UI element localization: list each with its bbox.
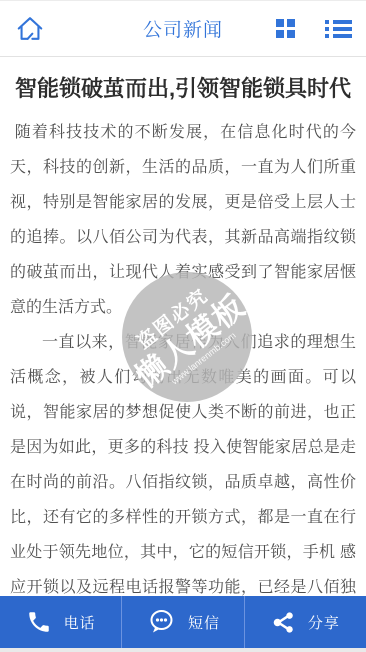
article-paragraph: 一直以来，智能家居作为人们追求的理想生活概念，被人们勾勒出无数唯美的画面。可以说… (10, 325, 356, 640)
sms-button[interactable]: 短信 (121, 596, 243, 648)
phone-button[interactable]: 电话 (0, 596, 121, 648)
grid-icon (276, 19, 295, 38)
home-icon (15, 14, 45, 43)
sms-label: 短信 (188, 612, 220, 633)
article-body: 随着科技技术的不断发展，在信息化时代的今天，科技的创新，生活的品质，一直为人们所… (0, 115, 366, 640)
article-paragraph: 随着科技技术的不断发展，在信息化时代的今天，科技的创新，生活的品质，一直为人们所… (10, 115, 356, 325)
bottom-action-bar: 电话 短信 分享 (0, 596, 366, 648)
list-menu-button[interactable] (325, 19, 352, 39)
article: 智能锁破茧而出,引领智能锁具时代 随着科技技术的不断发展，在信息化时代的今天，科… (0, 74, 366, 640)
share-label: 分享 (308, 612, 340, 633)
phone-label: 电话 (64, 612, 96, 633)
header-actions (276, 19, 366, 39)
page-header: 公司新闻 (0, 0, 366, 57)
phone-icon (26, 609, 52, 635)
home-button[interactable] (0, 1, 56, 57)
article-title: 智能锁破茧而出,引领智能锁具时代 (0, 74, 366, 104)
share-button[interactable]: 分享 (244, 596, 366, 648)
sms-icon (146, 608, 176, 636)
grid-view-button[interactable] (276, 19, 295, 38)
list-menu-icon (325, 19, 352, 39)
share-icon (271, 610, 296, 635)
bottom-strip (0, 648, 366, 652)
